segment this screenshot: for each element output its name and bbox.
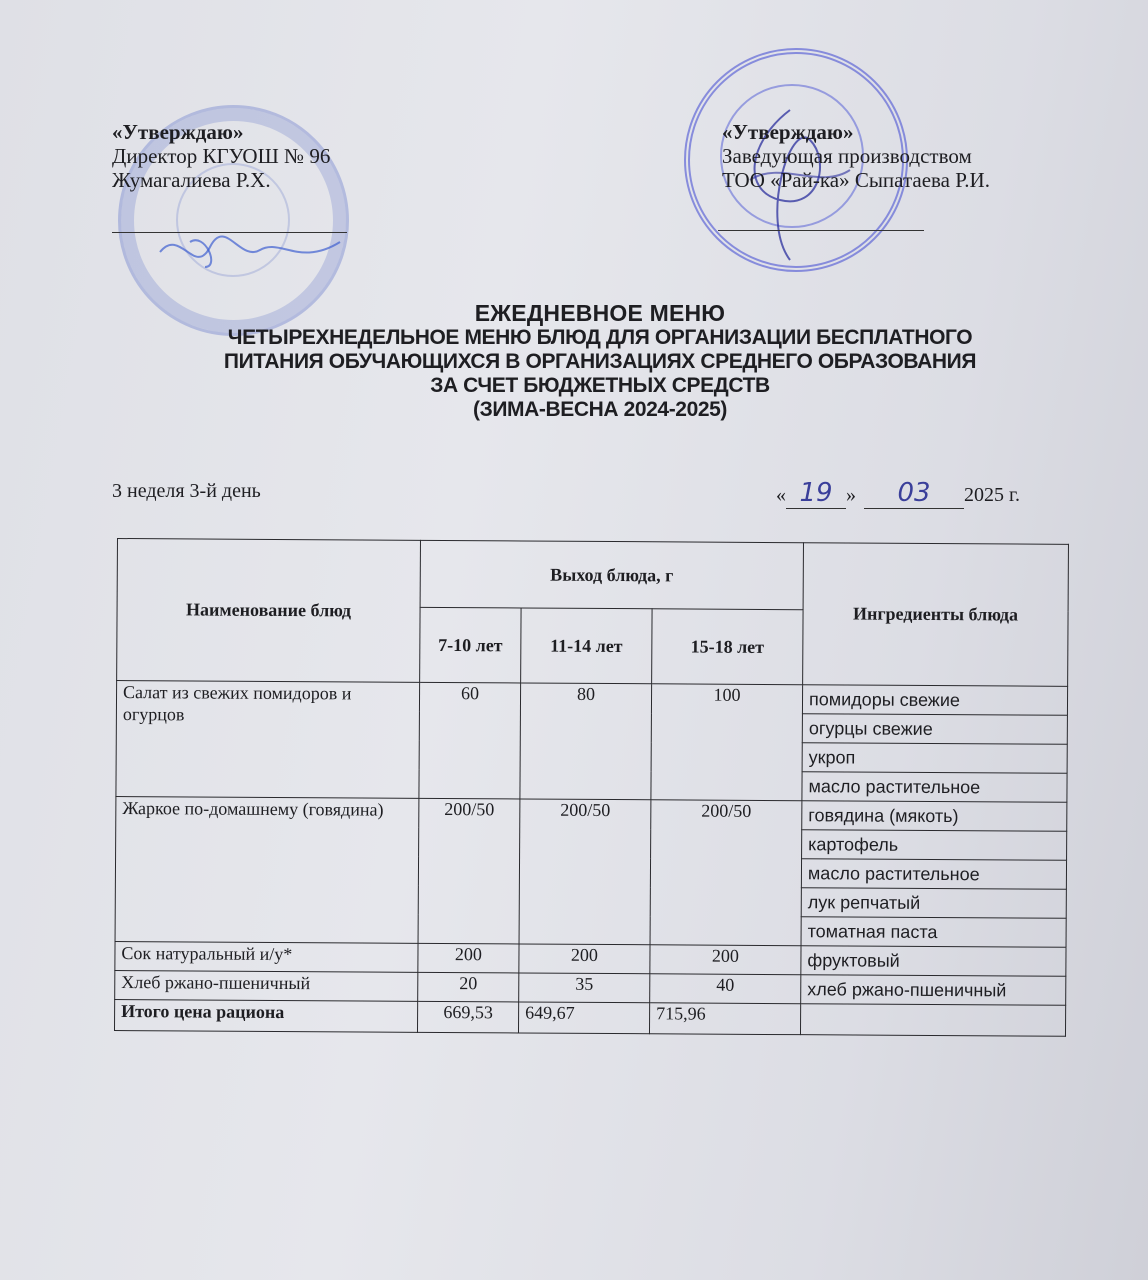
table-row: Салат из свежих помидоров и огурцов 60 8…	[116, 681, 1067, 716]
approval-position: Директор КГУОШ № 96	[112, 144, 330, 168]
total-label: Итого цена рациона	[114, 999, 417, 1032]
ingredient: томатная паста	[801, 917, 1066, 948]
yield-11-14: 35	[519, 973, 650, 1003]
yield-7-10: 60	[419, 682, 521, 799]
yield-7-10: 200	[418, 943, 519, 973]
menu-date: «19»032025 г.	[776, 478, 1020, 509]
approval-position: Заведующая производством	[722, 144, 990, 168]
title-line-5: (ЗИМА-ВЕСНА 2024-2025)	[100, 398, 1100, 422]
total-price-15-18: 715,96	[649, 1003, 800, 1035]
header-age-11-14: 11-14 лет	[521, 608, 652, 684]
week-day-label: 3 неделя 3-й день	[112, 480, 261, 503]
ingredient: хлеб ржано-пшеничный	[801, 975, 1066, 1006]
ingredient: масло растительное	[802, 772, 1067, 803]
date-close-quote: »	[846, 484, 856, 506]
menu-table: Наименование блюд Выход блюда, г Ингреди…	[114, 538, 1069, 1037]
yield-15-18: 200	[650, 945, 801, 975]
total-ingredients-empty	[800, 1004, 1065, 1037]
date-open-quote: «	[776, 484, 786, 506]
ingredient: помидоры свежие	[802, 685, 1067, 716]
yield-7-10: 20	[418, 972, 519, 1002]
approval-name: Жумагалиева Р.Х.	[112, 168, 330, 192]
yield-11-14: 200	[519, 944, 650, 974]
yield-11-14: 80	[520, 683, 652, 800]
ingredient: масло растительное	[801, 859, 1066, 890]
approval-heading: «Утверждаю»	[722, 120, 990, 144]
table-row: Жаркое по-домашнему (говядина) 200/50 20…	[116, 796, 1067, 831]
title-line-2: ЧЕТЫРЕХНЕДЕЛЬНОЕ МЕНЮ БЛЮД ДЛЯ ОРГАНИЗАЦ…	[100, 326, 1100, 350]
header-age-7-10: 7-10 лет	[420, 607, 521, 683]
yield-15-18: 40	[650, 974, 801, 1004]
total-price-7-10: 669,53	[417, 1001, 518, 1033]
ingredient: картофель	[802, 830, 1067, 861]
yield-7-10: 200/50	[418, 798, 520, 944]
header-ingredients: Ингредиенты блюда	[803, 543, 1069, 687]
dish-name: Жаркое по-домашнему (говядина)	[115, 796, 419, 943]
ingredient: огурцы свежие	[802, 714, 1067, 745]
approval-block-right: «Утверждаю» Заведующая производством ТОО…	[722, 120, 990, 192]
date-month: 03	[864, 478, 964, 509]
signature-left-icon	[150, 222, 350, 282]
ingredient: укроп	[802, 743, 1067, 774]
date-day: 19	[786, 478, 846, 509]
ingredient: лук репчатый	[801, 888, 1066, 919]
yield-15-18: 200/50	[650, 800, 802, 946]
title-line-1: ЕЖЕДНЕВНОЕ МЕНЮ	[100, 300, 1100, 326]
header-yield: Выход блюда, г	[420, 540, 803, 609]
ingredient: говядина (мякоть)	[802, 801, 1067, 832]
approval-name: ТОО «Рай-ка» Сыпатаева Р.И.	[722, 168, 990, 192]
header-age-15-18: 15-18 лет	[652, 609, 803, 685]
yield-15-18: 100	[651, 684, 803, 801]
total-row: Итого цена рациона 669,53 649,67 715,96	[114, 999, 1065, 1036]
title-line-3: ПИТАНИЯ ОБУЧАЮЩИХСЯ В ОРГАНИЗАЦИЯХ СРЕДН…	[100, 350, 1100, 374]
approval-block-left: «Утверждаю» Директор КГУОШ № 96 Жумагали…	[112, 120, 330, 192]
dish-name: Салат из свежих помидоров и огурцов	[116, 681, 420, 799]
ingredient: фруктовый	[801, 946, 1066, 977]
header-dish-name: Наименование блюд	[117, 539, 421, 683]
signature-line-left	[112, 232, 347, 233]
total-price-11-14: 649,67	[518, 1002, 649, 1034]
signature-line-right	[718, 230, 924, 231]
document-title: ЕЖЕДНЕВНОЕ МЕНЮ ЧЕТЫРЕХНЕДЕЛЬНОЕ МЕНЮ БЛ…	[100, 300, 1100, 422]
dish-name: Сок натуральный и/у*	[115, 941, 418, 972]
yield-11-14: 200/50	[519, 799, 651, 945]
date-year: 2025 г.	[964, 484, 1020, 506]
approval-heading: «Утверждаю»	[112, 120, 330, 144]
title-line-4: ЗА СЧЕТ БЮДЖЕТНЫХ СРЕДСТВ	[100, 374, 1100, 398]
dish-name: Хлеб ржано-пшеничный	[115, 970, 418, 1001]
